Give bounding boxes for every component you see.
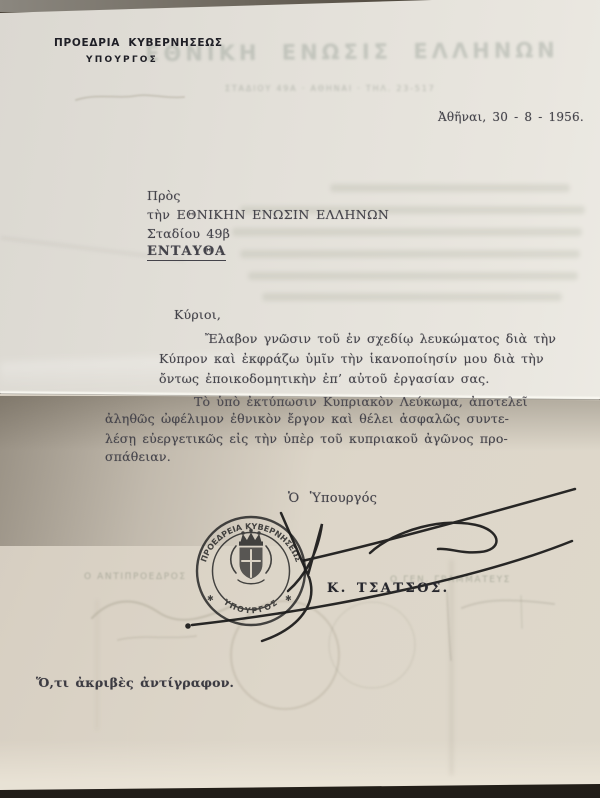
letterhead-role: ΥΠΟΥΡΓΟΣ	[54, 55, 190, 65]
body-para2-line1: Τὸ ὑπὸ ἐκτύπωσιν Κυπριακὸν Λεύκωμα, ἀποτ…	[194, 394, 528, 409]
ghost-text-line	[262, 293, 562, 301]
ghost-text-line	[248, 272, 578, 280]
recipient-street: Σταδίου 49β	[147, 226, 230, 241]
date-line: Ἀθῆναι, 30 - 8 - 1956.	[438, 110, 584, 124]
ghost-text-line	[232, 228, 582, 236]
body-para1-line1: Ἔλαβον γνῶσιν τοῦ ἐν σχεδίῳ λευκώματος δ…	[205, 331, 556, 346]
body-para1-line3: ὄντως ἐποικοδομητικὴν ἐπ’ αὐτοῦ ἐργασίαν…	[159, 371, 490, 386]
recipient-name: τὴν ΕΘΝΙΚΗΝ ΕΝΩΣΙΝ ΕΛΛΗΝΩΝ	[147, 207, 389, 222]
body-para1-line2: Κύπρον καὶ ἐκφράζω ὑμῖν τὴν ἱκανοποίησίν…	[159, 351, 544, 366]
letterhead-organization: ΠΡΟΕΔΡΙΑ ΚΥΒΕΡΝΗΣΕΩΣ	[54, 37, 223, 49]
body-para2-line4: σπάθειαν.	[105, 449, 171, 464]
handwritten-signature	[150, 478, 590, 648]
ghost-text-line	[330, 184, 570, 192]
ghost-text-line	[240, 250, 580, 258]
salutation: Κύριοι,	[174, 307, 221, 322]
ghost-letterhead-address: ΣΤΑΔΙΟΥ 49Α · ΑΘΗΝΑΙ · ΤΗΛ. 23-517	[225, 84, 435, 93]
certification-note: Ὅ,τι ἀκριβὲς ἀντίγραφον.	[36, 675, 234, 690]
signer-name: Κ. ΤΣΑΤΣΟΣ.	[327, 581, 450, 596]
recipient-to: Πρὸς	[147, 188, 181, 203]
body-para2-line2: ἀληθῶς ὠφέλιμον ἐθνικὸν ἔργον καὶ θέλει …	[105, 411, 509, 426]
body-para2-line3: λέσῃ εὐεργετικῶς εἰς τὴν ὑπὲρ τοῦ κυπρια…	[105, 431, 508, 446]
recipient-city: ΕΝΤΑΥΘΑ	[147, 244, 226, 261]
paper-crease	[96, 600, 98, 730]
document-photo: ΕΘΝΙΚΗ ΕΝΩΣΙΣ ΕΛΛΗΝΩΝ ΣΤΑΔΙΟΥ 49Α · ΑΘΗΝ…	[0, 0, 600, 798]
